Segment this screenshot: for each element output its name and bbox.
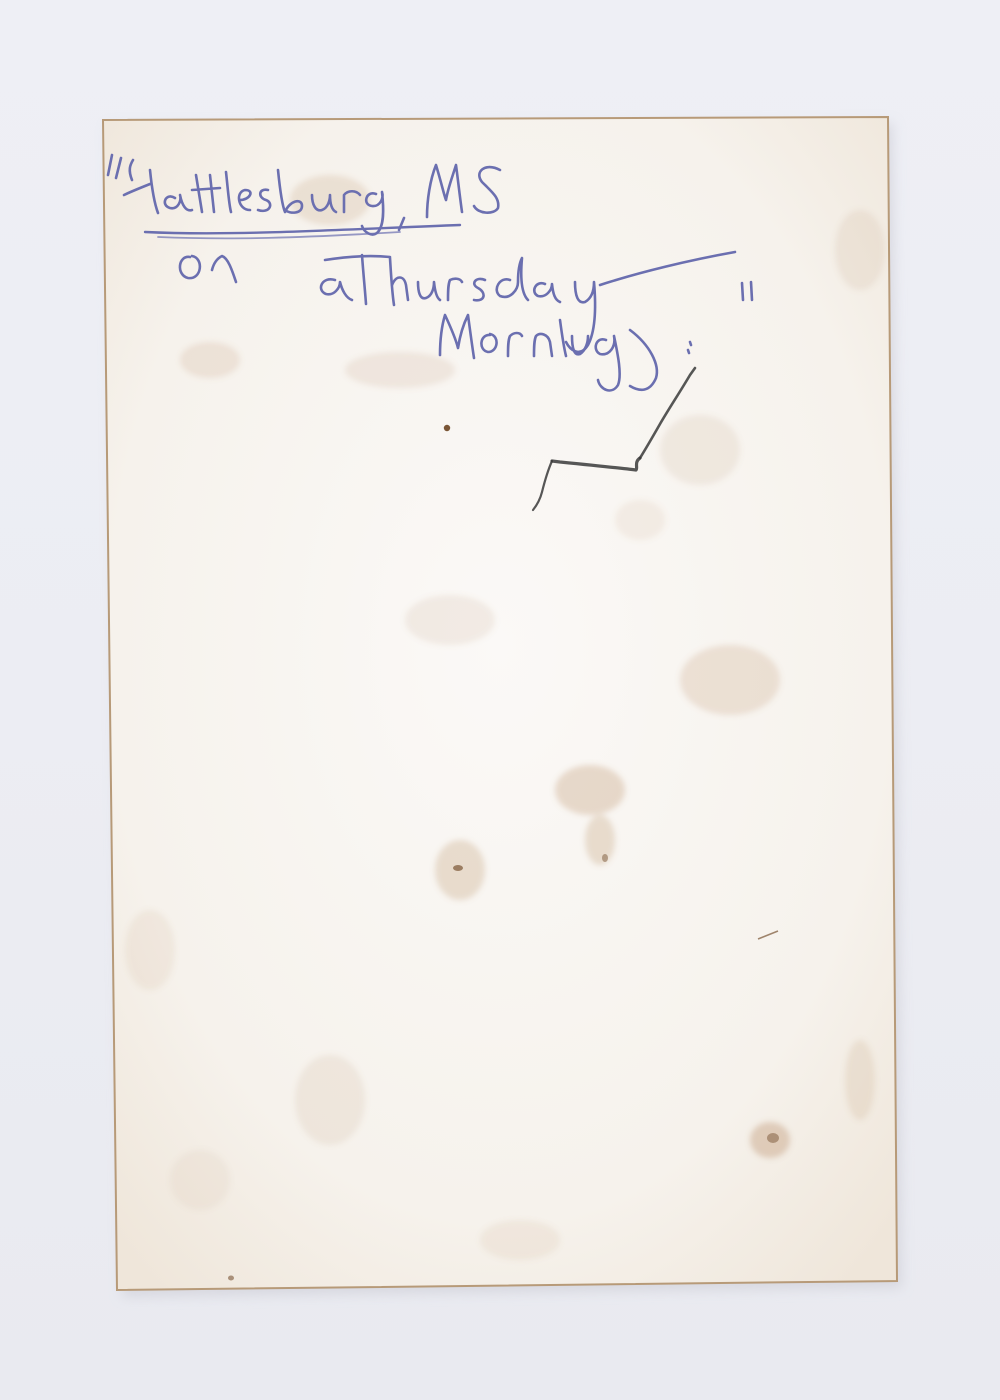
caption-line-1: "Hattiesburg, MS [0,0,1,1]
card-illustration [0,0,1000,1400]
photo-card-back: "Hattiesburg, MS On a Thursday Morning." [0,0,1000,1400]
card-paper [103,117,897,1290]
